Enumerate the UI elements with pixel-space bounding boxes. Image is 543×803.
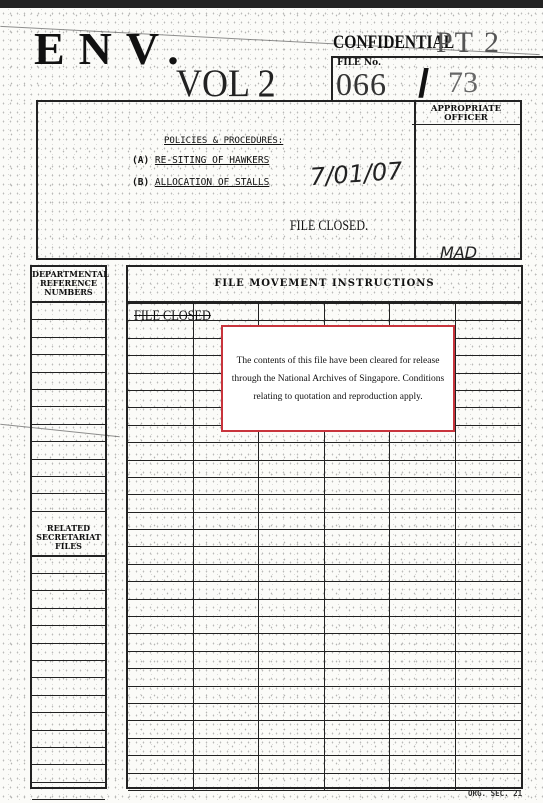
related-files-rows	[32, 557, 105, 800]
movement-cell	[325, 304, 391, 321]
movement-cell	[128, 652, 194, 669]
part-marking: PT 2	[436, 26, 501, 60]
movement-cell	[259, 495, 325, 512]
movement-cell	[456, 408, 522, 425]
ruled-row	[32, 303, 105, 320]
movement-cell	[128, 547, 194, 564]
ruled-row	[32, 320, 105, 337]
movement-cell	[194, 495, 260, 512]
movement-cell	[194, 756, 260, 773]
movement-cell	[456, 600, 522, 617]
movement-cell	[259, 600, 325, 617]
movement-cell	[194, 547, 260, 564]
file-closed-entry-stamp: FILE CLOSED	[134, 308, 211, 325]
movement-cell	[456, 652, 522, 669]
ruled-row	[32, 494, 105, 511]
ruled-row	[32, 765, 105, 782]
movement-cell	[390, 600, 456, 617]
movement-cell	[390, 530, 456, 547]
movement-cell	[456, 391, 522, 408]
movement-cell	[390, 617, 456, 634]
movement-cell	[128, 634, 194, 651]
movement-cell	[259, 530, 325, 547]
movement-cell	[194, 721, 260, 738]
movement-cell	[128, 774, 194, 791]
movement-cell	[259, 687, 325, 704]
movement-cell	[390, 547, 456, 564]
ruled-row	[32, 574, 105, 591]
movement-cell	[325, 774, 391, 791]
ruled-row	[32, 609, 105, 626]
handwritten-initials: MAD	[440, 243, 477, 262]
movement-cell	[390, 652, 456, 669]
movement-cell	[128, 582, 194, 599]
ruled-row	[32, 355, 105, 372]
ruled-row	[32, 591, 105, 608]
ruled-row	[32, 626, 105, 643]
movement-cell	[194, 704, 260, 721]
movement-cell	[128, 600, 194, 617]
movement-cell	[325, 513, 391, 530]
movement-cell	[128, 565, 194, 582]
movement-cell	[456, 495, 522, 512]
movement-cell	[456, 547, 522, 564]
movement-cell	[194, 582, 260, 599]
subject-item-text: ALLOCATION OF STALLS	[155, 177, 269, 188]
movement-cell	[325, 565, 391, 582]
departmental-reference-header: DEPARTMENTAL REFERENCE NUMBERS	[32, 267, 105, 303]
subject-item-b: (B) ALLOCATION OF STALLS	[132, 177, 269, 188]
movement-cell	[325, 582, 391, 599]
movement-cell	[456, 374, 522, 391]
ruled-row	[32, 407, 105, 424]
movement-cell	[456, 461, 522, 478]
movement-cell	[259, 582, 325, 599]
ruled-row	[32, 338, 105, 355]
movement-cell	[259, 669, 325, 686]
ruled-row	[32, 644, 105, 661]
movement-cell	[128, 408, 194, 425]
movement-cell	[128, 356, 194, 373]
ruled-row	[32, 425, 105, 442]
movement-cell	[128, 704, 194, 721]
movement-cell	[390, 704, 456, 721]
movement-cell	[194, 739, 260, 756]
movement-cell	[456, 582, 522, 599]
ruled-row	[32, 477, 105, 494]
movement-cell	[456, 739, 522, 756]
subject-item-text: RE-SITING OF HAWKERS	[155, 155, 269, 166]
movement-cell	[456, 756, 522, 773]
movement-cell	[325, 687, 391, 704]
movement-cell	[456, 704, 522, 721]
movement-cell	[456, 669, 522, 686]
movement-cell	[456, 617, 522, 634]
movement-cell	[456, 321, 522, 338]
release-notice: The contents of this file have been clea…	[221, 325, 455, 432]
movement-cell	[325, 634, 391, 651]
ruled-row	[32, 678, 105, 695]
movement-cell	[325, 461, 391, 478]
movement-cell	[194, 687, 260, 704]
movement-cell	[128, 687, 194, 704]
ruled-row	[32, 373, 105, 390]
movement-cell	[456, 721, 522, 738]
movement-cell	[456, 513, 522, 530]
movement-cell	[259, 443, 325, 460]
movement-cell	[194, 652, 260, 669]
movement-cell	[390, 582, 456, 599]
movement-cell	[259, 565, 325, 582]
movement-cell	[194, 461, 260, 478]
movement-cell	[259, 617, 325, 634]
movement-cell	[325, 443, 391, 460]
ruled-row	[32, 783, 105, 800]
movement-cell	[390, 669, 456, 686]
ruled-row	[32, 460, 105, 477]
file-closed-stamp: FILE CLOSED.	[290, 218, 368, 235]
movement-cell	[390, 495, 456, 512]
ruled-row	[32, 390, 105, 407]
movement-cell	[325, 617, 391, 634]
subject-item-marker: (A)	[132, 155, 149, 166]
movement-cell	[390, 739, 456, 756]
movement-cell	[456, 356, 522, 373]
ruled-row	[32, 442, 105, 459]
ruled-row	[32, 748, 105, 765]
movement-cell	[128, 739, 194, 756]
related-files-header: RELATED SECRETARIAT FILES	[32, 512, 105, 557]
scan-edge	[0, 0, 543, 8]
movement-cell	[128, 513, 194, 530]
ruled-row	[32, 661, 105, 678]
movement-cell	[390, 478, 456, 495]
movement-cell	[456, 304, 522, 321]
movement-cell	[194, 513, 260, 530]
movement-cell	[128, 339, 194, 356]
movement-cell	[128, 495, 194, 512]
appropriate-officer-box: APPROPRIATE OFFICER	[412, 100, 522, 260]
movement-cell	[325, 495, 391, 512]
movement-cell	[128, 721, 194, 738]
movement-cell	[390, 687, 456, 704]
movement-cell	[194, 530, 260, 547]
movement-cell	[194, 669, 260, 686]
movement-cell	[456, 426, 522, 443]
appropriate-officer-label: APPROPRIATE OFFICER	[412, 105, 520, 123]
movement-cell	[128, 756, 194, 773]
movement-cell	[456, 443, 522, 460]
movement-cell	[259, 704, 325, 721]
movement-cell	[194, 478, 260, 495]
subject-item-a: (A) RE-SITING OF HAWKERS	[132, 155, 269, 166]
movement-cell	[325, 721, 391, 738]
movement-cell	[390, 304, 456, 321]
departmental-reference-column: DEPARTMENTAL REFERENCE NUMBERS RELATED S…	[30, 265, 107, 789]
form-code: ORG. SEC. 21	[468, 789, 522, 798]
movement-cell	[259, 739, 325, 756]
movement-cell	[128, 669, 194, 686]
movement-cell	[325, 739, 391, 756]
movement-cell	[325, 756, 391, 773]
movement-cell	[194, 600, 260, 617]
movement-cell	[390, 634, 456, 651]
movement-cell	[259, 513, 325, 530]
file-movement-title: FILE MOVEMENT INSTRUCTIONS	[128, 267, 521, 304]
ruled-row	[32, 731, 105, 748]
ruled-row	[32, 713, 105, 730]
movement-cell	[259, 547, 325, 564]
movement-cell	[456, 478, 522, 495]
movement-cell	[390, 774, 456, 791]
movement-cell	[325, 669, 391, 686]
movement-cell	[390, 461, 456, 478]
movement-cell	[325, 530, 391, 547]
movement-cell	[259, 634, 325, 651]
movement-cell	[128, 443, 194, 460]
file-number-prefix: 066	[336, 66, 387, 103]
movement-cell	[456, 634, 522, 651]
divider	[412, 124, 520, 125]
movement-cell	[194, 617, 260, 634]
movement-cell	[325, 600, 391, 617]
movement-cell	[128, 478, 194, 495]
movement-cell	[456, 565, 522, 582]
ruled-row	[32, 696, 105, 713]
movement-cell	[325, 652, 391, 669]
movement-cell	[259, 756, 325, 773]
subject-item-marker: (B)	[132, 177, 149, 188]
movement-cell	[456, 339, 522, 356]
movement-cell	[194, 565, 260, 582]
ruled-row	[32, 557, 105, 574]
movement-cell	[456, 530, 522, 547]
movement-cell	[128, 461, 194, 478]
movement-cell	[325, 478, 391, 495]
subject-heading: POLICIES & PROCEDURES:	[164, 136, 283, 146]
movement-cell	[259, 652, 325, 669]
movement-cell	[194, 634, 260, 651]
reference-rows	[32, 303, 105, 512]
movement-cell	[128, 374, 194, 391]
movement-cell	[325, 547, 391, 564]
file-number-suffix: 73	[448, 66, 478, 100]
movement-cell	[128, 391, 194, 408]
movement-cell	[259, 774, 325, 791]
movement-cell	[390, 565, 456, 582]
movement-cell	[390, 756, 456, 773]
movement-cell	[194, 774, 260, 791]
movement-cell	[390, 513, 456, 530]
movement-cell	[390, 721, 456, 738]
movement-cell	[259, 721, 325, 738]
movement-cell	[456, 687, 522, 704]
movement-cell	[194, 443, 260, 460]
movement-cell	[128, 617, 194, 634]
movement-cell	[259, 461, 325, 478]
movement-cell	[128, 426, 194, 443]
movement-cell	[128, 530, 194, 547]
movement-cell	[390, 443, 456, 460]
movement-cell	[259, 478, 325, 495]
classification-code: ENV.	[34, 22, 193, 75]
movement-cell	[325, 704, 391, 721]
movement-cell	[259, 304, 325, 321]
